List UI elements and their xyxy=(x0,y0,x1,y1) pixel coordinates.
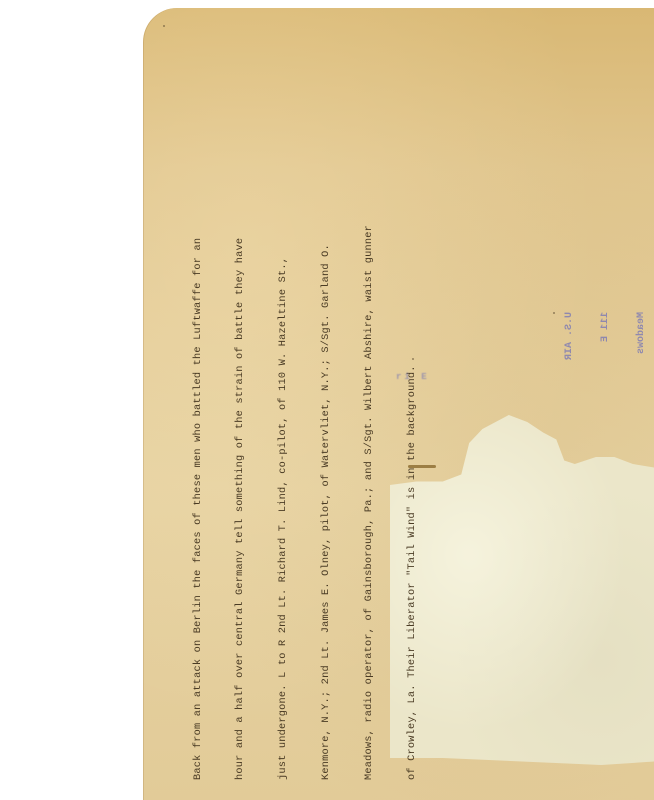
offset-ink-fragment: ri E xyxy=(396,372,430,382)
mirrored-offset-stamp: U.S. AIR 111 E Meadows Radio pilot, Haze… xyxy=(540,312,654,360)
stamp-line: U.S. AIR xyxy=(564,312,576,360)
stamp-line: 111 E xyxy=(600,312,612,360)
caption-line: hour and a half over central Germany tel… xyxy=(233,225,247,780)
stamp-line: Meadows xyxy=(636,312,648,360)
speck xyxy=(163,25,165,27)
caption-line: Back from an attack on Berlin the faces … xyxy=(191,225,205,780)
typewritten-caption: Back from an attack on Berlin the faces … xyxy=(162,225,434,780)
caption-line: Kenmore, N.Y.; 2nd Lt. James E. Olney, p… xyxy=(319,225,333,780)
caption-line: just undergone. L to R 2nd Lt. Richard T… xyxy=(276,225,290,780)
caption-line: Meadows, radio operator, of Gainsborough… xyxy=(362,225,376,780)
caption-line: of Crowley, La. Their Liberator "Tail Wi… xyxy=(405,225,419,780)
